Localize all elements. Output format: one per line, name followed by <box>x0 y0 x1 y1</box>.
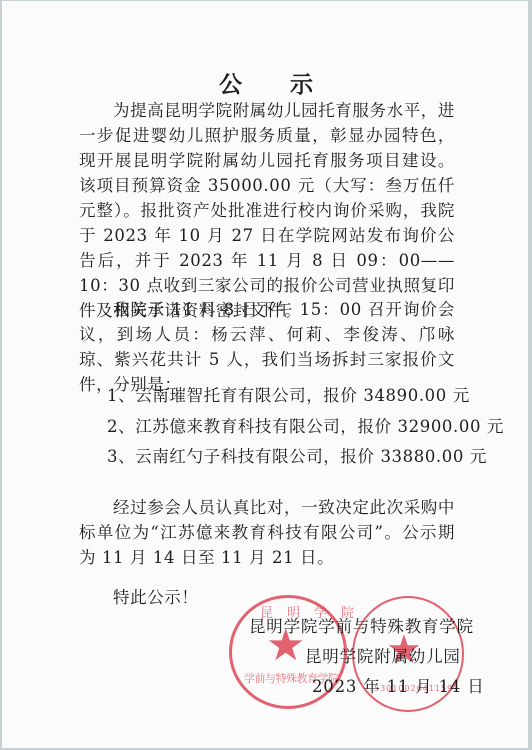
bid-item-3: 3、云南红勺子科技有限公司，报价 33880.00 元 <box>107 444 487 469</box>
paragraph-result: 经过参会人员认真比对，一致决定此次采购中标单位为“江苏億来教育科技有限公司”。公… <box>79 495 455 570</box>
bid-item-2: 2、江苏億来教育科技有限公司，报价 32900.00 元 <box>107 414 504 439</box>
bid-item-1: 1、云南璀智托育有限公司，报价 34890.00 元 <box>107 383 470 408</box>
paragraph-meeting: 我院于 11 月 8 日下午 15：00 召开询价会议，到场人员：杨云萍、何莉、… <box>79 297 455 397</box>
signature-date: 2023 年 11 月 14 日 <box>312 673 485 697</box>
paragraph-intro: 为提高昆明学院附属幼儿园托育服务水平，进一步促进婴幼儿照护服务质量，彰显办园特色… <box>79 98 455 323</box>
page-title: 公 示 <box>0 66 532 99</box>
signature-org-2: 昆明学院附属幼儿园 <box>305 643 461 667</box>
signature-org-1: 昆明学院学前与特殊教育学院 <box>249 613 474 637</box>
